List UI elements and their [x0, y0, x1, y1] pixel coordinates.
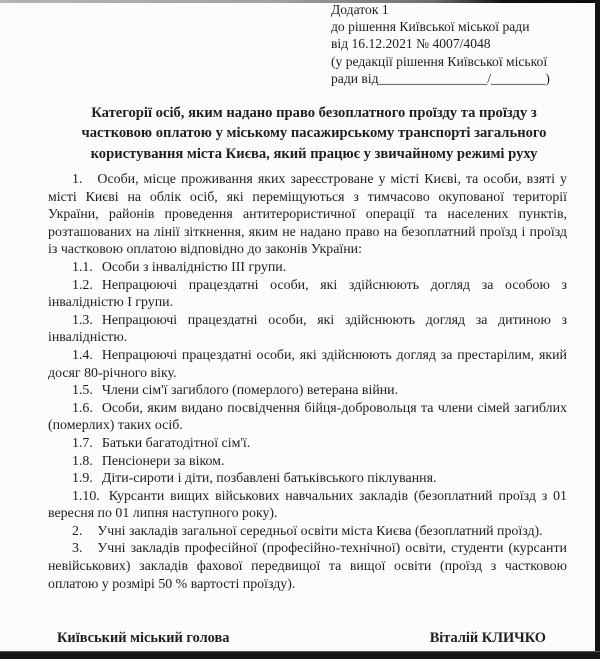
- signature-position-title: Київський міський голова: [57, 630, 229, 647]
- header-line-blank-fields: ради від________________/________): [331, 70, 586, 87]
- paragraph-number: 3.: [72, 541, 82, 556]
- paragraph-1-8: 1.8.Пенсіонери за віком.: [48, 453, 567, 471]
- paragraph-text: Непрацюючі працездатні особи, які здійсн…: [48, 348, 567, 381]
- paragraph-1-2: 1.2.Непрацюючі працездатні особи, які зд…: [48, 277, 567, 312]
- document-title: Категорії осіб, яким надано право безопл…: [58, 103, 570, 164]
- document-header: Додаток 1 до рішення Київської міської р…: [331, 1, 586, 87]
- paragraph-number: 1.2.: [72, 278, 93, 293]
- document-page: Додаток 1 до рішення Київської міської р…: [0, 0, 600, 659]
- paragraph-number: 1.6.: [72, 401, 93, 416]
- paragraph-number: 2.: [72, 524, 82, 539]
- paragraph-1-1: 1.1.Особи з інвалідністю III групи.: [48, 259, 567, 277]
- paragraph-text: Діти-сироти і діти, позбавлені батьківсь…: [102, 471, 437, 486]
- paragraph-number: 1.8.: [72, 454, 93, 469]
- paragraph-number: 1.: [72, 172, 82, 187]
- header-line-annex: Додаток 1: [331, 1, 586, 18]
- paragraph-1-4: 1.4.Непрацюючі працездатні особи, які зд…: [48, 347, 567, 382]
- paragraph-text: Особи з інвалідністю III групи.: [102, 260, 286, 275]
- paragraph-text: Особи, яким видано посвідчення бійця-доб…: [48, 401, 567, 434]
- paragraph-number: 1.9.: [72, 471, 93, 486]
- paragraph-text: Непрацюючі працездатні особи, які здійсн…: [48, 278, 567, 311]
- paragraph-text: Члени сім'ї загиблого (померлого) ветера…: [102, 383, 398, 398]
- scan-edge-right: [595, 0, 600, 659]
- header-line-decision: до рішення Київської міської ради: [331, 18, 586, 35]
- paragraph-text: Учні закладів професійної (професійно-те…: [48, 541, 567, 591]
- header-line-date-number: від 16.12.2021 № 4007/4048: [331, 35, 586, 52]
- scan-edge-top: [0, 0, 600, 3]
- paragraph-number: 1.7.: [72, 436, 93, 451]
- paragraph-2: 2.Учні закладів загальної середньої осві…: [48, 523, 567, 541]
- scan-edge-bottom: [0, 651, 600, 659]
- paragraph-text: Батьки багатодітної сім'ї.: [102, 436, 250, 451]
- paragraph-1-6: 1.6.Особи, яким видано посвідчення бійця…: [48, 400, 567, 435]
- paragraph-1-5: 1.5.Члени сім'ї загиблого (померлого) ве…: [48, 382, 567, 400]
- paragraph-1-9: 1.9.Діти-сироти і діти, позбавлені батьк…: [48, 470, 567, 488]
- paragraph-1: 1.Особи, місце проживання яких зареєстро…: [48, 171, 567, 259]
- paragraph-text: Непрацюючі працездатні особи, які здійсн…: [48, 313, 567, 346]
- paragraph-1-3: 1.3.Непрацюючі працездатні особи, які зд…: [48, 312, 567, 347]
- paragraph-number: 1.1.: [72, 260, 93, 275]
- paragraph-3: 3.Учні закладів професійної (професійно-…: [48, 540, 567, 593]
- paragraph-text: Особи, місце проживання яких зареєстрова…: [48, 172, 567, 257]
- paragraph-text: Пенсіонери за віком.: [102, 454, 225, 469]
- paragraph-number: 1.5.: [72, 383, 93, 398]
- signature-name: Віталій КЛИЧКО: [430, 630, 546, 647]
- paragraph-1-7: 1.7.Батьки багатодітної сім'ї.: [48, 435, 567, 453]
- paragraph-text: Учні закладів загальної середньої освіти…: [97, 524, 542, 539]
- document-body: 1.Особи, місце проживання яких зареєстро…: [48, 171, 567, 593]
- paragraph-number: 1.10.: [72, 489, 100, 504]
- signature-row: Київський міський голова Віталій КЛИЧКО: [0, 630, 600, 647]
- paragraph-text: Курсанти вищих військових навчальних зак…: [48, 489, 567, 522]
- header-line-revision: (у редакції рішення Київської міської: [331, 53, 586, 70]
- paragraph-number: 1.4.: [72, 348, 93, 363]
- paragraph-1-10: 1.10.Курсанти вищих військових навчальни…: [48, 488, 567, 523]
- paragraph-number: 1.3.: [72, 313, 93, 328]
